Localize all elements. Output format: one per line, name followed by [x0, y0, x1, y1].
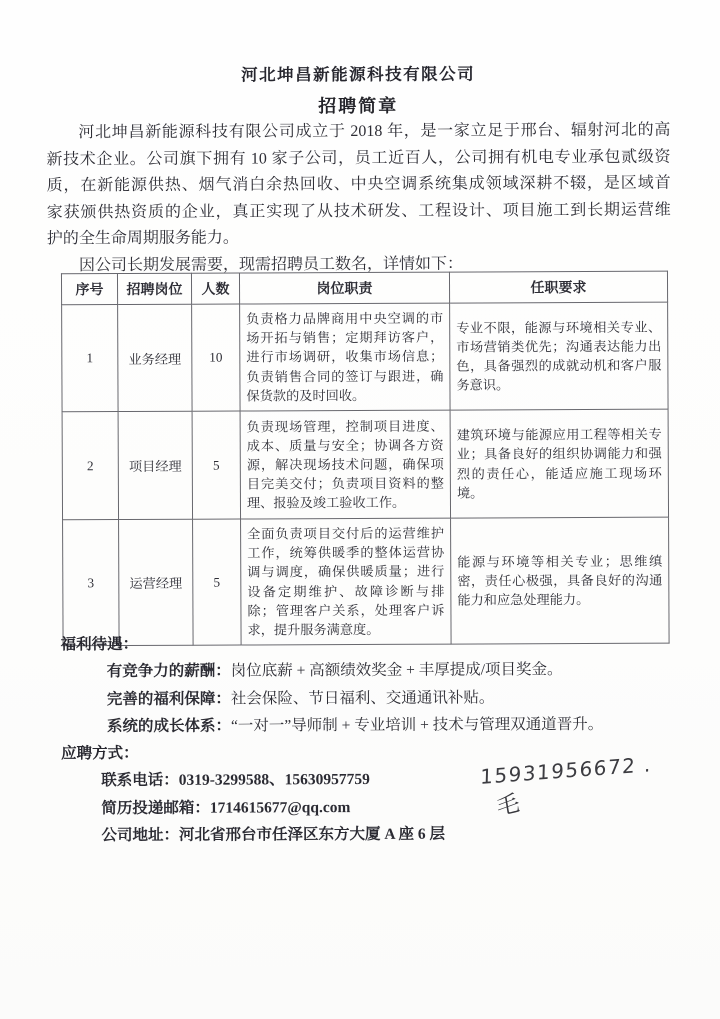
intro-paragraph: 河北坤昌新能源科技有限公司成立于 2018 年，是一家立足于邢台、辐射河北的高 … — [46, 118, 671, 280]
welfare-item-salary: 有竞争力的薪酬：岗位底薪 + 高额绩效奖金 + 丰厚提成/项目奖金。 — [61, 656, 675, 686]
col-header-position: 招聘岗位 — [117, 273, 191, 304]
welfare-item-text: 社会保险、节日福利、交通通讯补贴。 — [231, 689, 495, 707]
welfare-item-growth: 系统的成长体系：“一对一”导师制 + 专业培训 + 技术与管理双通道晋升。 — [61, 711, 675, 741]
cell-duty: 负责格力品牌商用中央空调的市场开拓与销售；定期拜访客户，进行市场调研，收集市场信… — [240, 303, 450, 411]
col-header-requirement: 任职要求 — [449, 271, 667, 303]
welfare-item-text: 岗位底薪 + 高额绩效奖金 + 丰厚提成/项目奖金。 — [231, 661, 563, 679]
cell-duty: 全面负责项目交付后的运营维护工作，统筹供暖季的整体运营协调与调度，确保供暖质量；… — [241, 518, 452, 645]
welfare-item-text: “一对一”导师制 + 专业培训 + 技术与管理双通道晋升。 — [231, 716, 603, 735]
col-header-headcount: 人数 — [191, 273, 239, 304]
contact-address-value: 河北省邢台市任泽区东方大厦 A 座 6 层 — [179, 826, 445, 844]
info-sections: 福利待遇： 有竞争力的薪酬：岗位底薪 + 高额绩效奖金 + 丰厚提成/项目奖金。… — [61, 629, 676, 850]
cell-serial: 3 — [63, 520, 120, 646]
cell-position: 业务经理 — [118, 304, 192, 411]
document-title: 招聘简章 — [0, 90, 718, 119]
welfare-item-benefits: 完善的福利保障：社会保险、节日福利、交通通讯补贴。 — [61, 683, 675, 713]
intro-line: 新技术企业。公司旗下拥有 10 家子公司，员工近百人，公司拥有机电专业承包贰级资 — [46, 144, 670, 173]
handwritten-signature: 毛 — [494, 784, 522, 822]
col-header-serial: 序号 — [61, 274, 117, 305]
intro-line: 护的全生命周期服务能力。 — [47, 224, 671, 253]
table-row: 3 运营经理 5 全面负责项目交付后的运营维护工作，统筹供暖季的整体运营协调与调… — [63, 517, 670, 646]
welfare-item-label: 完善的福利保障： — [107, 690, 231, 708]
cell-duty: 负责现场管理，控制项目进度、成本、质量与安全；协调各方资源，解决现场技术问题，确… — [240, 410, 450, 519]
contact-address-label: 公司地址： — [101, 827, 179, 844]
contact-email-value: 1714615677@qq.com — [210, 799, 351, 817]
col-header-duty: 岗位职责 — [239, 272, 449, 304]
table-row: 2 项目经理 5 负责现场管理，控制项目进度、成本、质量与安全；协调各方资源，解… — [62, 409, 668, 520]
document-content: 河北坤昌新能源科技有限公司 招聘简章 河北坤昌新能源科技有限公司成立于 2018… — [0, 0, 720, 1019]
contact-email-label: 简历投递邮箱： — [101, 799, 210, 816]
cell-position: 运营经理 — [119, 519, 194, 646]
cell-requirement: 建筑环境与能源应用工程等相关专业；具备良好的组织协调能力和强烈的责任心，能适应施… — [450, 409, 668, 518]
intro-line: 河北坤昌新能源科技有限公司成立于 2018 年，是一家立足于邢台、辐射河北的高 — [46, 118, 670, 147]
cell-serial: 2 — [62, 412, 118, 520]
table-header-row: 序号 招聘岗位 人数 岗位职责 任职要求 — [61, 271, 667, 305]
recruitment-table: 序号 招聘岗位 人数 岗位职责 任职要求 1 业务经理 10 负责格力品牌商用中… — [61, 271, 670, 647]
contact-address-line: 公司地址：河北省邢台市任泽区东方大厦 A 座 6 层 — [61, 820, 675, 850]
company-title: 河北坤昌新能源科技有限公司 — [0, 59, 718, 86]
table-row: 1 业务经理 10 负责格力品牌商用中央空调的市场开拓与销售；定期拜访客户，进行… — [62, 302, 668, 412]
scanned-document-page: 河北坤昌新能源科技有限公司 招聘简章 河北坤昌新能源科技有限公司成立于 2018… — [0, 0, 720, 1019]
cell-serial: 1 — [62, 305, 118, 412]
welfare-item-label: 有竞争力的薪酬： — [107, 663, 231, 681]
welfare-item-label: 系统的成长体系： — [107, 717, 231, 735]
cell-requirement: 专业不限，能源与环境相关专业、市场营销类优先；沟通表达能力出色，具备强烈的成就动… — [450, 302, 668, 410]
intro-line: 家获颁供热资质的企业，真正实现了从技术研发、工程设计、项目施工到长期运营维 — [47, 197, 671, 226]
cell-position: 项目经理 — [118, 411, 192, 519]
cell-headcount: 5 — [193, 519, 242, 645]
cell-headcount: 10 — [192, 304, 240, 411]
cell-headcount: 5 — [192, 411, 240, 519]
intro-line: 质，在新能源供热、烟气消白余热回收、中央空调系统集成领域深耕不辍，是区域首 — [47, 171, 671, 200]
welfare-heading: 福利待遇： — [61, 629, 675, 659]
contact-phone-value: 0319-3299588、15630957759 — [179, 771, 370, 789]
cell-requirement: 能源与环境等相关专业；思维缜密，责任心极强，具备良好的沟通能力和应急处理能力。 — [451, 517, 670, 644]
contact-phone-label: 联系电话： — [101, 772, 179, 789]
